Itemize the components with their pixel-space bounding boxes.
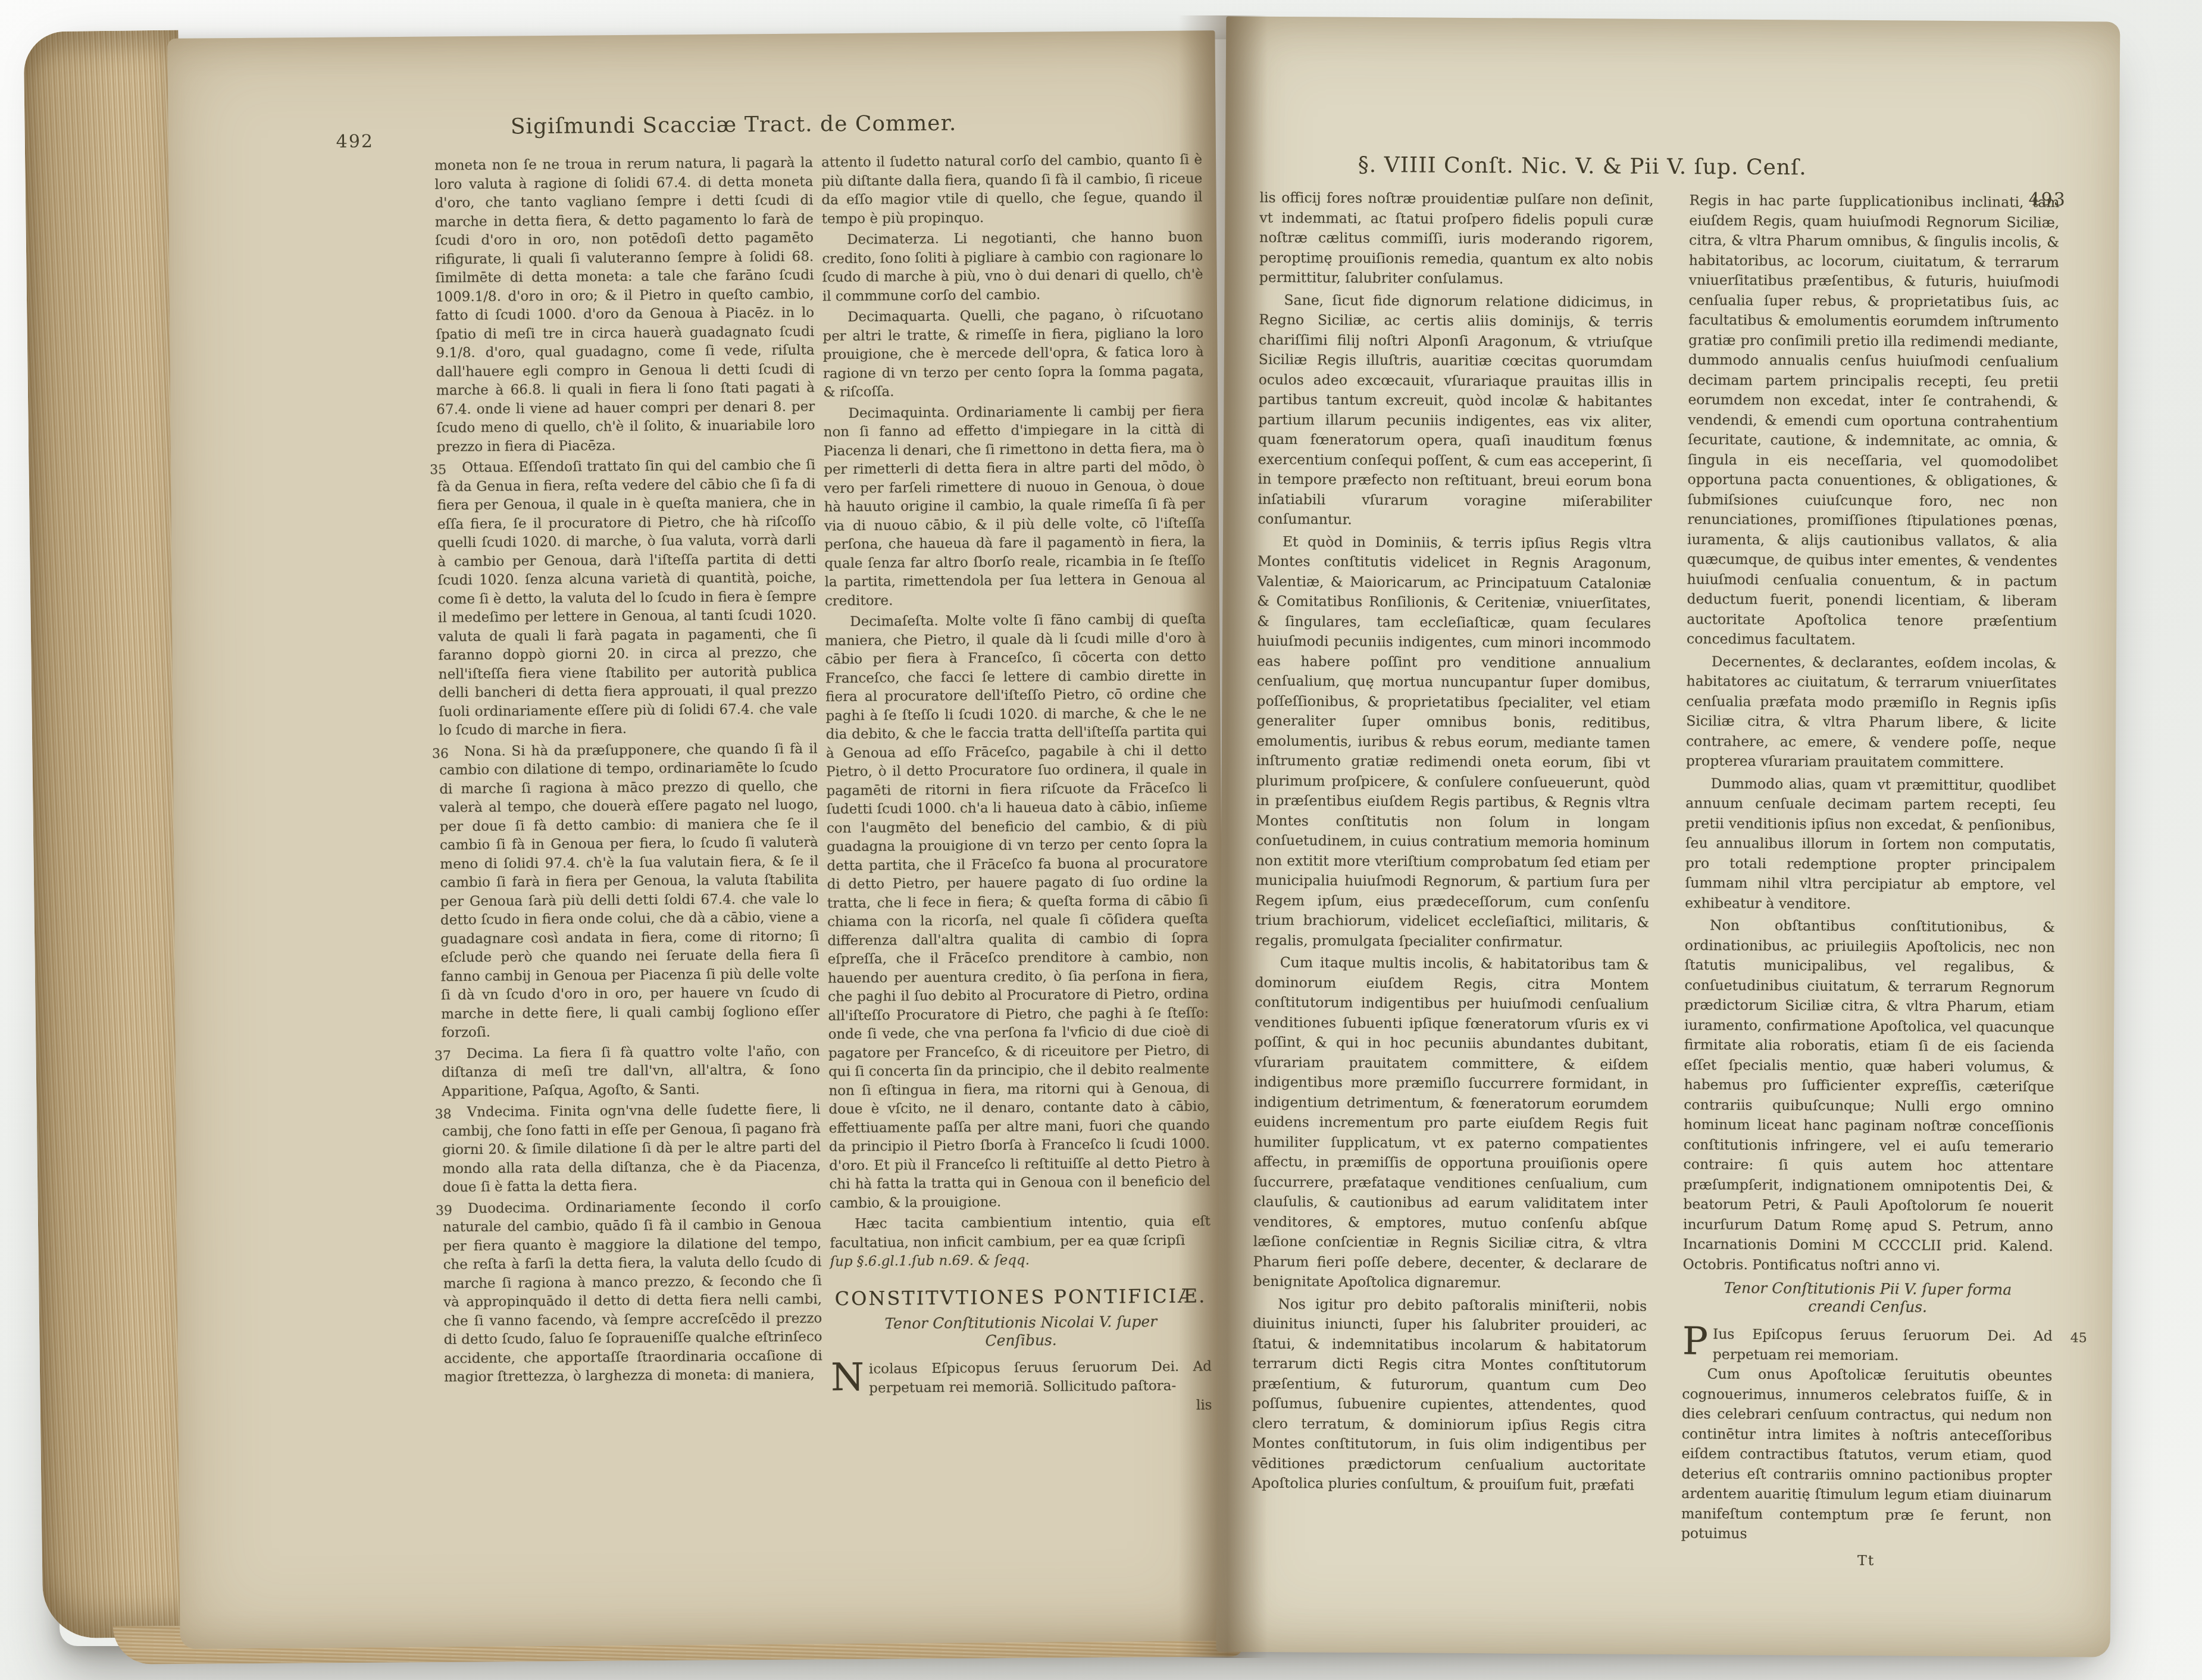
paragraph-text: lis [1196,1397,1212,1413]
paragraph-text: Decimaquarta. Quelli, che pagano, ò riſc… [822,306,1204,400]
paragraph-text: Tenor Conſtitutionis Pii V. ſuper forma … [1724,1279,2012,1316]
text-paragraph: 41Decimaquarta. Quelli, che pagano, ò ri… [822,305,1204,402]
text-paragraph: lis officij fores noſtræ prouidentiæ pul… [1259,188,1654,290]
text-paragraph: 39Duodecima. Ordinariamente ſecondo il c… [443,1197,822,1387]
text-paragraph: 42Decimaquinta. Ordinariamente li cambij… [823,402,1206,611]
text-paragraph: Cum onus Apoſtolicæ ſeruitutis obeuntes … [1681,1364,2053,1546]
paragraph-text: Decima. La fiera ſi fà quattro volte l'a… [442,1043,820,1099]
paragraph-text: Ottaua. Eſſendoſi trattato ſin qui del c… [437,457,817,738]
right-page-column-1: lis officij fores noſtræ prouidentiæ pul… [1251,188,1654,1631]
margin-number: 38 [409,1105,451,1124]
text-paragraph: 36Nona. Si hà da præſupponere, che quand… [439,740,820,1043]
text-paragraph: Nos igitur pro debito paſtoralis miniſte… [1252,1294,1647,1496]
text-paragraph: 37Decima. La fiera ſi fà quattro volte l… [442,1042,821,1101]
text-paragraph: 45PIus Epiſcopus ſeruus ſeruorum Dei. Ad… [1682,1324,2053,1366]
paragraph-text: Decernentes, & declarantes, eoſdem incol… [1686,653,2057,771]
paragraph-text: Nos igitur pro debito paſtoralis miniſte… [1252,1296,1647,1494]
right-page: §. VIIII Conſt. Nic. V. & Pii V. ſup. Ce… [1216,16,2120,1657]
text-paragraph: Et quòd in Dominiis, & terris ipſius Reg… [1255,531,1651,953]
margin-number: 45 [2070,1328,2087,1349]
running-title-right: §. VIIII Conſt. Nic. V. & Pii V. ſup. Ce… [1303,152,1862,180]
paragraph-text: Sane, ſicut fide dignorum relatione didi… [1258,292,1653,528]
paragraph-text: Ius Epiſcopus ſeruus ſeruorum Dei. Ad pe… [1713,1325,2053,1363]
text-paragraph: 40Decimaterza. Li negotianti, che hanno … [822,228,1203,306]
paragraph-text: Nona. Si hà da præſupponere, che quando … [439,741,820,1040]
paragraph-text: Cum itaque multis incolis, & habitatorib… [1253,954,1649,1291]
left-page-column-1: moneta non ſe ne troua in rerum natura, … [434,154,824,1609]
left-page: 492 Sigiſmundi Scacciæ Tract. de Commer.… [167,30,1227,1649]
paragraph-text: attento il ſudetto natural corſo del cam… [821,152,1203,227]
left-page-column-2: attento il ſudetto natural corſo del cam… [821,151,1213,1618]
paragraph-text: Et quòd in Dominiis, & terris ipſius Reg… [1255,533,1651,950]
text-paragraph: Non obſtantibus conſtitutionibus, & ordi… [1683,915,2056,1277]
text-paragraph: Sane, ſicut fide dignorum relatione didi… [1258,290,1653,531]
paragraph-text: icolaus Eſpicopus ſeruus ſeruorum Dei. A… [869,1359,1212,1396]
running-title-left: Sigiſmundi Scacciæ Tract. de Commer. [430,110,1037,139]
paragraph-text: Duodecima. Ordinariamente ſecondo il cor… [443,1198,822,1385]
text-paragraph: 43Decimaſeſta. Molte volte ſi fāno cambi… [825,610,1211,1213]
section-heading: Tenor Conſtitutionis Pii V. ſuper forma … [1700,1279,2035,1316]
text-paragraph: Tt [1681,1550,2051,1572]
paragraph-text: ſup §.6.gl.1.ſub n.69. & ſeqq. [830,1253,1030,1270]
paragraph-text: CONSTITVTIONES PONTIFICIÆ. [835,1284,1207,1310]
section-heading: Tenor Conſtitutionis Nicolai V. ſuper Ce… [848,1312,1193,1351]
text-paragraph: attento il ſudetto natural corſo del cam… [821,151,1203,229]
margin-number: 39 [411,1202,452,1221]
paragraph-text: Decimaquinta. Ordinariamente li cambij p… [824,403,1206,609]
drop-cap: N [831,1360,869,1394]
paragraph-text: Tt [1857,1551,1875,1568]
margin-number: 37 [409,1047,451,1066]
paragraph-text: Dummodo alias, quam vt præmittitur, quod… [1685,775,2056,912]
text-paragraph: Dummodo alias, quam vt præmittitur, quod… [1685,774,2056,915]
text-paragraph: Regis in hac parte ſupplicationibus incl… [1687,190,2060,651]
paragraph-text: Non obſtantibus conſtitutionibus, & ordi… [1683,916,2056,1274]
paragraph-text: Decimaterza. Li negotianti, che hanno bu… [822,229,1203,304]
section-heading: CONSTITVTIONES PONTIFICIÆ. [830,1287,1211,1309]
paragraph-text: Regis in hac parte ſupplicationibus incl… [1687,192,2060,648]
folio-number-left: 492 [336,131,374,152]
text-paragraph: ſup §.6.gl.1.ſub n.69. & ſeqq. [830,1250,1211,1272]
margin-number: 35 [405,461,446,480]
paragraph-text: Decimaſeſta. Molte volte ſi fāno cambij … [825,611,1210,1210]
paragraph-text: lis officij fores noſtræ prouidentiæ pul… [1259,189,1654,287]
text-paragraph: 35Ottaua. Eſſendoſi trattato ſin qui del… [437,456,818,740]
text-paragraph: lis [831,1396,1212,1418]
paragraph-text: Vndecima. Finita ogn'vna delle ſudette f… [442,1102,821,1195]
paragraph-text: Tenor Conſtitutionis Nicolai V. ſuper Ce… [884,1313,1157,1349]
text-paragraph: 44Nicolaus Eſpicopus ſeruus ſeruorum Dei… [831,1357,1212,1398]
paragraph-text: Hæc tacita cambientium intentio, quia eſ… [830,1213,1211,1251]
right-page-column-2: Regis in hac parte ſupplicationibus incl… [1681,190,2060,1645]
open-book: 492 Sigiſmundi Scacciæ Tract. de Commer.… [24,4,2142,1670]
paragraph-text: moneta non ſe ne troua in rerum natura, … [434,155,815,454]
text-paragraph: Hæc tacita cambientium intentio, quia eſ… [830,1212,1211,1253]
text-paragraph: Decernentes, & declarantes, eoſdem incol… [1686,652,2057,774]
margin-number: 36 [407,744,449,764]
text-paragraph: Cum itaque multis incolis, & habitatorib… [1253,953,1649,1294]
text-paragraph: 38Vndecima. Finita ogn'vna delle ſudette… [442,1100,821,1197]
drop-cap: P [1682,1324,1713,1357]
text-paragraph: moneta non ſe ne troua in rerum natura, … [434,154,815,456]
paragraph-text: Cum onus Apoſtolicæ ſeruitutis obeuntes … [1681,1365,2053,1541]
